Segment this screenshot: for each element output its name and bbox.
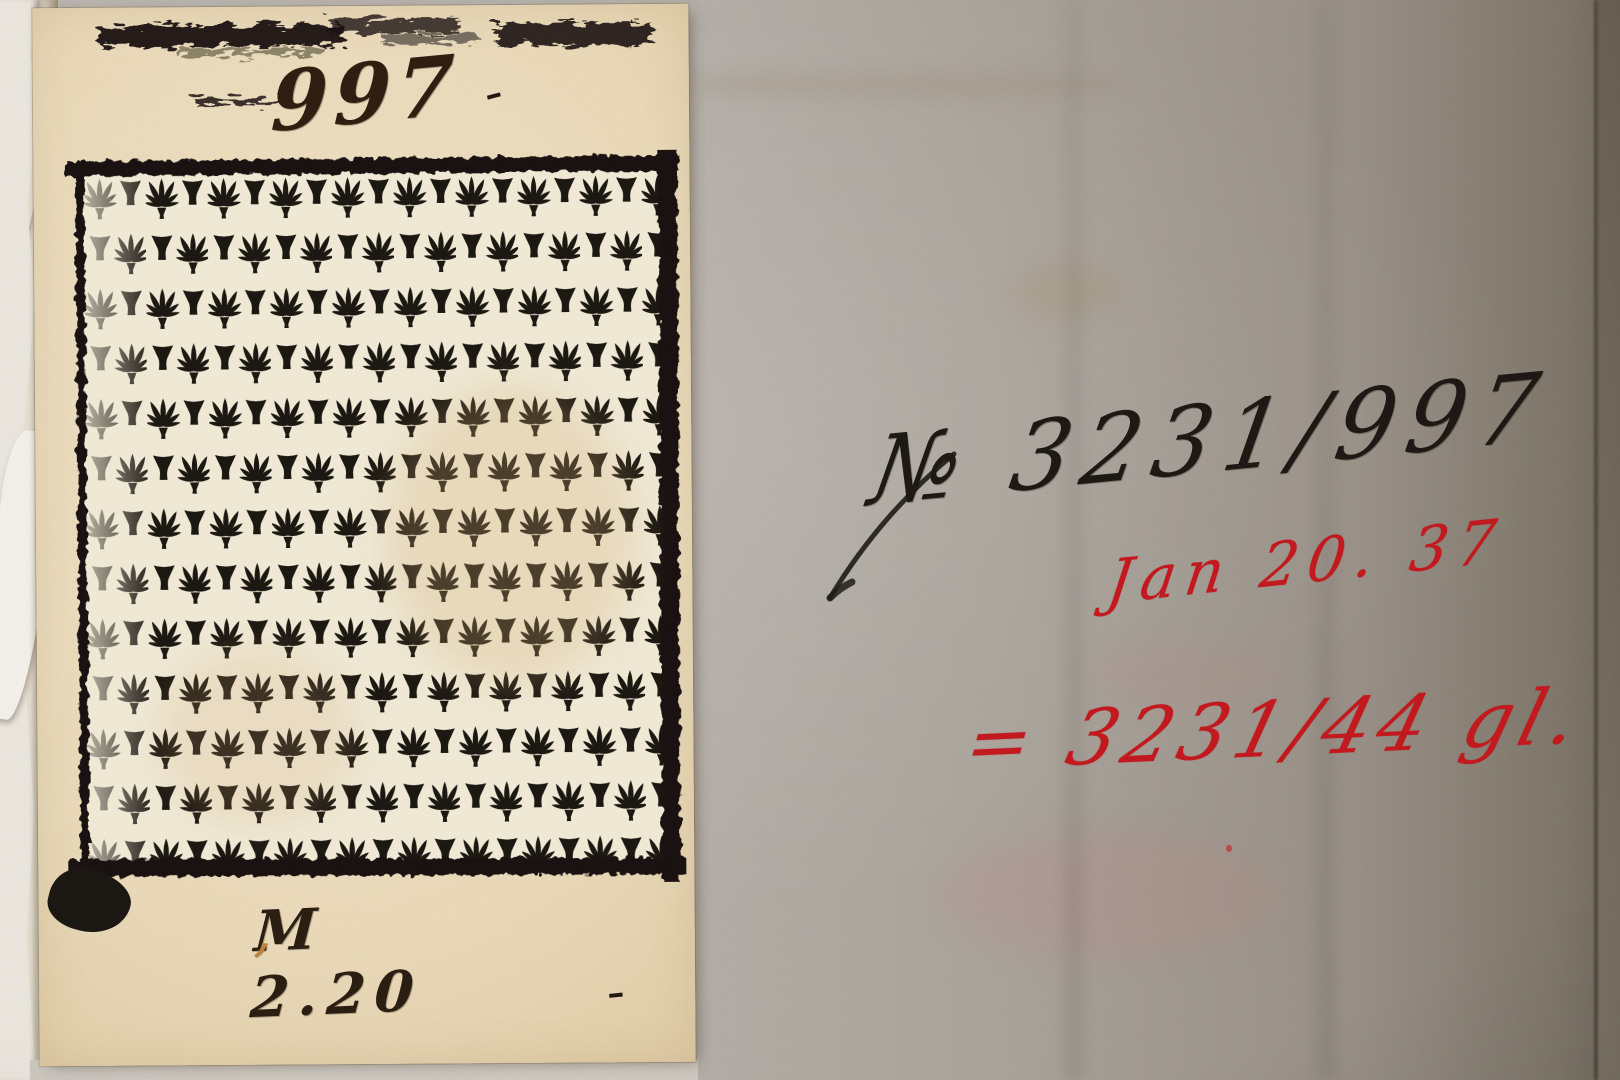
pasted-sample-label: 997 – <box>32 4 695 1067</box>
red-ink-speck <box>1226 845 1232 852</box>
page-edge-line <box>1594 0 1598 1080</box>
sample-number: 997 <box>269 37 462 152</box>
stain-spot <box>1010 262 1120 320</box>
equivalence-inscription-red: = 3231/44 gl. <box>956 671 1595 788</box>
aging-stain <box>157 646 358 827</box>
underinked-fade <box>81 171 158 871</box>
price-tick: , <box>252 898 283 964</box>
stain-streak <box>690 72 1120 98</box>
ink-dash-mark: – <box>607 987 625 999</box>
catalog-number-inscription: № 3231/997 <box>863 352 1558 528</box>
photograph-sample-book-page: 997 – <box>0 0 1620 1080</box>
date-inscription-red: Jan 20. 37 <box>1103 506 1509 619</box>
paper-crease <box>1066 0 1082 1080</box>
page-edge <box>1598 0 1620 1080</box>
aging-stain <box>385 384 637 686</box>
ink-dash-mark: – <box>484 87 503 101</box>
